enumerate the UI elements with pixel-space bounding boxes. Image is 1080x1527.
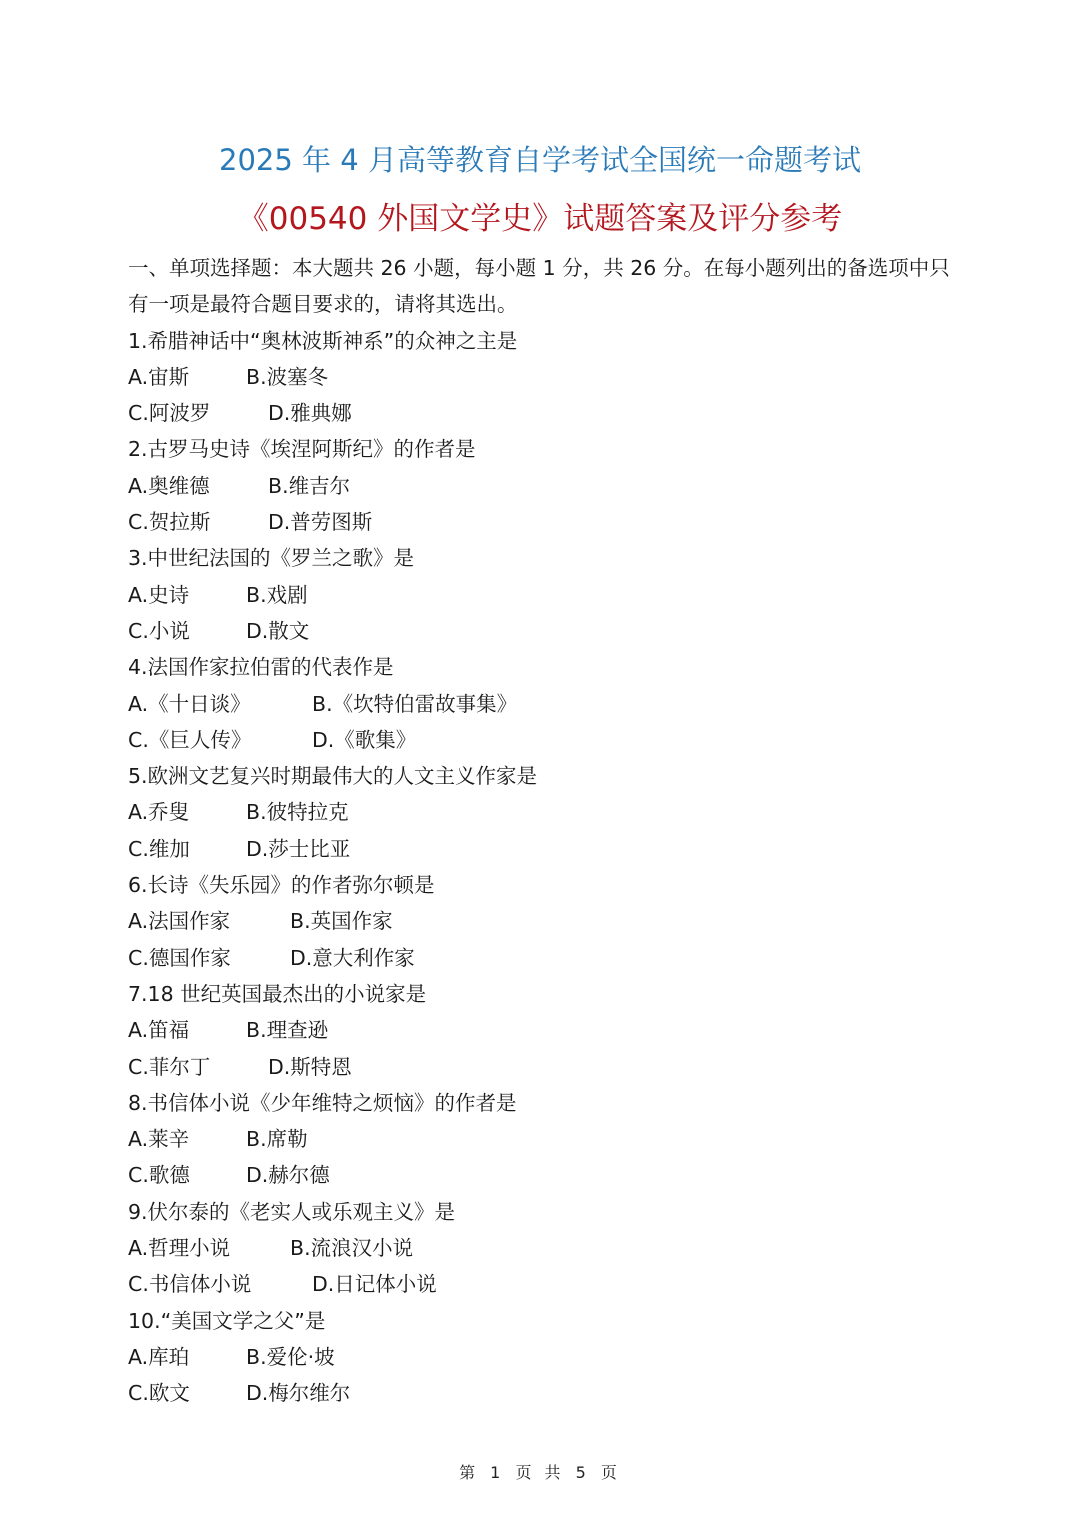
options-row-ab: A.笛福 B.理查逊: [128, 1012, 968, 1048]
question-stem: 4.法国作家拉伯雷的代表作是: [128, 649, 968, 685]
option-d: D.斯特恩: [268, 1049, 352, 1085]
question-stem: 7.18 世纪英国最杰出的小说家是: [128, 976, 968, 1012]
option-d: D.赫尔德: [246, 1157, 330, 1193]
option-d: D.雅典娜: [268, 395, 352, 431]
option-c: C.小说: [128, 613, 190, 649]
option-d: D.日记体小说: [312, 1266, 437, 1302]
option-d: D.散文: [246, 613, 309, 649]
options-row-ab: A.哲理小说 B.流浪汉小说: [128, 1230, 968, 1266]
option-b: B.戏剧: [246, 577, 308, 613]
options-row-ab: A.法国作家 B.英国作家: [128, 903, 968, 939]
options-row-ab: A.史诗 B.戏剧: [128, 577, 968, 613]
page-label-prefix: 第: [459, 1463, 479, 1482]
page-number: 第 1 页 共 5 页: [0, 1460, 1080, 1483]
option-d: D.莎士比亚: [246, 831, 350, 867]
question-9: 9.伏尔泰的《老实人或乐观主义》是 A.哲理小说 B.流浪汉小说 C.书信体小说…: [128, 1194, 968, 1303]
question-stem: 5.欧洲文艺复兴时期最伟大的人文主义作家是: [128, 758, 968, 794]
option-d: D.梅尔维尔: [246, 1375, 350, 1411]
question-stem: 2.古罗马史诗《埃涅阿斯纪》的作者是: [128, 431, 968, 467]
question-section: 一、单项选择题：本大题共 26 小题，每小题 1 分，共 26 分。在每小题列出…: [128, 250, 968, 1412]
options-row-cd: C.小说 D.散文: [128, 613, 968, 649]
option-c: C.德国作家: [128, 940, 231, 976]
options-row-cd: C.阿波罗 D.雅典娜: [128, 395, 968, 431]
option-a: A.乔叟: [128, 794, 189, 830]
option-a: A.笛福: [128, 1012, 189, 1048]
question-stem: 6.长诗《失乐园》的作者弥尔顿是: [128, 867, 968, 903]
question-5: 5.欧洲文艺复兴时期最伟大的人文主义作家是 A.乔叟 B.彼特拉克 C.维加 D…: [128, 758, 968, 867]
page-label-mid: 页 共: [515, 1463, 564, 1482]
options-row-cd: C.菲尔丁 D.斯特恩: [128, 1049, 968, 1085]
option-c: C.《巨人传》: [128, 722, 251, 758]
options-row-cd: C.歌德 D.赫尔德: [128, 1157, 968, 1193]
current-page: 1: [490, 1463, 504, 1482]
option-c: C.书信体小说: [128, 1266, 251, 1302]
question-10: 10.“美国文学之父”是 A.库珀 B.爱伦·坡 C.欧文 D.梅尔维尔: [128, 1303, 968, 1412]
question-4: 4.法国作家拉伯雷的代表作是 A.《十日谈》 B.《坎特伯雷故事集》 C.《巨人…: [128, 649, 968, 758]
option-a: A.《十日谈》: [128, 686, 251, 722]
options-row-cd: C.维加 D.莎士比亚: [128, 831, 968, 867]
section-instructions: 一、单项选择题：本大题共 26 小题，每小题 1 分，共 26 分。在每小题列出…: [128, 250, 968, 323]
option-a: A.宙斯: [128, 359, 189, 395]
exam-subtitle: 《00540 外国文学史》试题答案及评分参考: [0, 193, 1080, 238]
options-row-ab: A.《十日谈》 B.《坎特伯雷故事集》: [128, 686, 968, 722]
option-b: B.《坎特伯雷故事集》: [312, 686, 517, 722]
exam-page: 2025 年 4 月高等教育自学考试全国统一命题考试 《00540 外国文学史》…: [0, 0, 1080, 1527]
option-a: A.哲理小说: [128, 1230, 230, 1266]
option-b: B.彼特拉克: [246, 794, 349, 830]
options-row-cd: C.欧文 D.梅尔维尔: [128, 1375, 968, 1411]
question-stem: 9.伏尔泰的《老实人或乐观主义》是: [128, 1194, 968, 1230]
question-3: 3.中世纪法国的《罗兰之歌》是 A.史诗 B.戏剧 C.小说 D.散文: [128, 540, 968, 649]
option-c: C.欧文: [128, 1375, 190, 1411]
option-c: C.维加: [128, 831, 190, 867]
option-b: B.流浪汉小说: [290, 1230, 413, 1266]
options-row-ab: A.库珀 B.爱伦·坡: [128, 1339, 968, 1375]
option-c: C.贺拉斯: [128, 504, 210, 540]
question-7: 7.18 世纪英国最杰出的小说家是 A.笛福 B.理查逊 C.菲尔丁 D.斯特恩: [128, 976, 968, 1085]
total-pages: 5: [576, 1463, 590, 1482]
option-d: D.《歌集》: [312, 722, 416, 758]
options-row-cd: C.《巨人传》 D.《歌集》: [128, 722, 968, 758]
option-a: A.莱辛: [128, 1121, 189, 1157]
option-a: A.法国作家: [128, 903, 230, 939]
options-row-ab: A.宙斯 B.波塞冬: [128, 359, 968, 395]
question-stem: 3.中世纪法国的《罗兰之歌》是: [128, 540, 968, 576]
option-d: D.普劳图斯: [268, 504, 372, 540]
option-c: C.歌德: [128, 1157, 190, 1193]
options-row-ab: A.奥维德 B.维吉尔: [128, 468, 968, 504]
question-stem: 1.希腊神话中“奥林波斯神系”的众神之主是: [128, 323, 968, 359]
options-row-ab: A.乔叟 B.彼特拉克: [128, 794, 968, 830]
options-row-cd: C.德国作家 D.意大利作家: [128, 940, 968, 976]
question-8: 8.书信体小说《少年维特之烦恼》的作者是 A.莱辛 B.席勒 C.歌德 D.赫尔…: [128, 1085, 968, 1194]
question-6: 6.长诗《失乐园》的作者弥尔顿是 A.法国作家 B.英国作家 C.德国作家 D.…: [128, 867, 968, 976]
option-b: B.爱伦·坡: [246, 1339, 335, 1375]
options-row-cd: C.书信体小说 D.日记体小说: [128, 1266, 968, 1302]
options-row-cd: C.贺拉斯 D.普劳图斯: [128, 504, 968, 540]
option-b: B.波塞冬: [246, 359, 328, 395]
option-c: C.阿波罗: [128, 395, 210, 431]
option-b: B.英国作家: [290, 903, 393, 939]
question-2: 2.古罗马史诗《埃涅阿斯纪》的作者是 A.奥维德 B.维吉尔 C.贺拉斯 D.普…: [128, 431, 968, 540]
option-a: A.库珀: [128, 1339, 189, 1375]
question-1: 1.希腊神话中“奥林波斯神系”的众神之主是 A.宙斯 B.波塞冬 C.阿波罗 D…: [128, 323, 968, 432]
option-a: A.奥维德: [128, 468, 210, 504]
page-label-suffix: 页: [601, 1463, 621, 1482]
question-stem: 8.书信体小说《少年维特之烦恼》的作者是: [128, 1085, 968, 1121]
option-d: D.意大利作家: [290, 940, 415, 976]
option-a: A.史诗: [128, 577, 189, 613]
option-b: B.席勒: [246, 1121, 308, 1157]
options-row-ab: A.莱辛 B.席勒: [128, 1121, 968, 1157]
option-b: B.维吉尔: [268, 468, 350, 504]
option-c: C.菲尔丁: [128, 1049, 210, 1085]
exam-title: 2025 年 4 月高等教育自学考试全国统一命题考试: [0, 138, 1080, 179]
question-stem: 10.“美国文学之父”是: [128, 1303, 968, 1339]
option-b: B.理查逊: [246, 1012, 328, 1048]
